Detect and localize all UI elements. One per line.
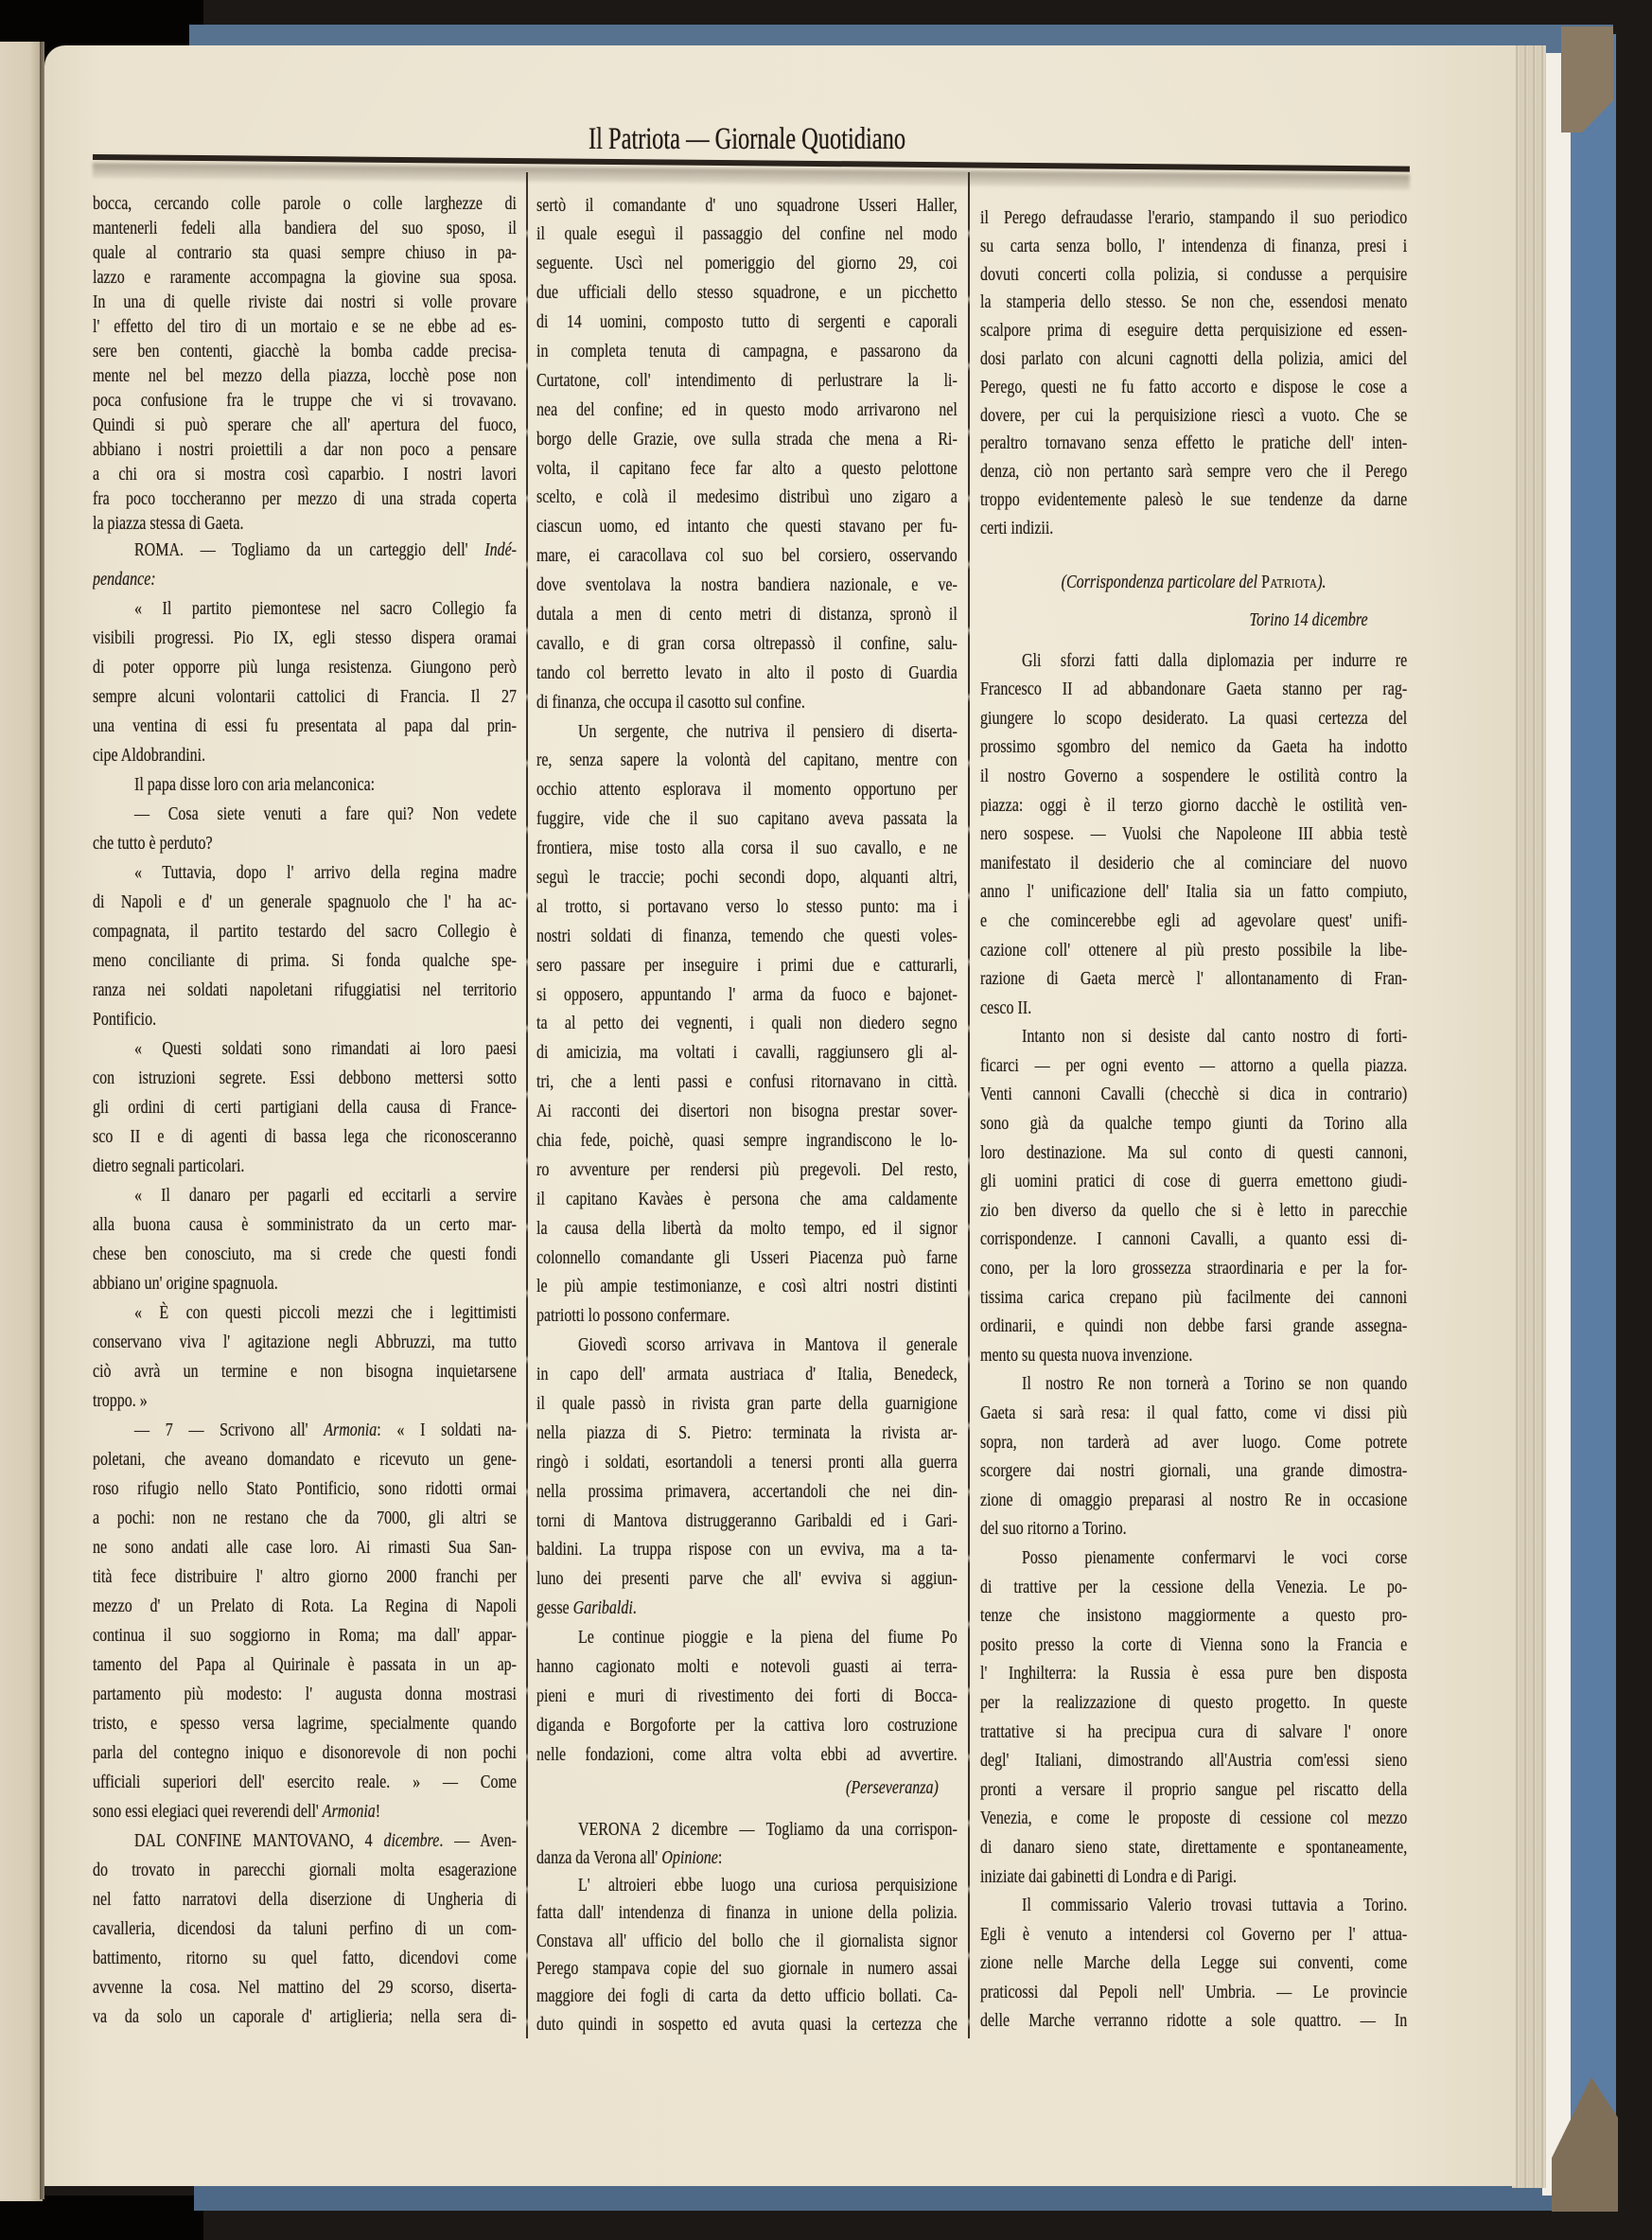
column-divider: [968, 172, 970, 2038]
text-line: nero sospese. — Vuolsi che Napoleone III…: [980, 820, 1407, 849]
text-line: due ufficiali dello stesso squadrone, e …: [536, 278, 958, 308]
text-line: continua il suo soggiorno in Roma; ma da…: [93, 1621, 517, 1650]
text-line: duto quindi in sospetto ed avuta quasi l…: [536, 2011, 958, 2038]
text-line: dietro segnali particolari.: [93, 1152, 517, 1181]
text-line: il capitano Kavàes è persona che ama cal…: [536, 1185, 958, 1214]
text-line: ufficiali superiori dell' esercito reale…: [93, 1768, 517, 1797]
text-line: tenze che insistono maggiormente a quest…: [980, 1601, 1407, 1631]
text-line: patriotti lo possono confermare.: [536, 1301, 958, 1331]
text-segment: :: [718, 1847, 722, 1868]
text-line: zione di omaggio preparasi al nostro Re …: [980, 1486, 1407, 1515]
text-line: bocca, cercando colle parole o colle lar…: [93, 191, 517, 216]
text-line: cavallo, e di gran corsa oltrepassò il c…: [536, 629, 958, 659]
text-line: L' altroieri ebbe luogo una curiosa perq…: [536, 1872, 958, 1899]
text-line: a chi ora si mostra così caparbio. I nos…: [93, 462, 517, 486]
text-line: ficarci — per ogni evento — attorno a qu…: [980, 1051, 1407, 1081]
text-line: iniziate dai gabinetti di Londra e di Pa…: [980, 1862, 1407, 1892]
text-line: corrispondenze. I cannoni Cavalli, a qua…: [980, 1225, 1407, 1254]
text-line: dosi parlato con alcuni cagnotti della p…: [980, 345, 1407, 374]
text-line: Il nostro Re non tornerà a Torino se non…: [980, 1369, 1407, 1399]
text-line: pendance:: [93, 565, 517, 594]
text-line: Giovedì scorso arrivava in Mantova il ge…: [536, 1331, 958, 1360]
text-line: lazzo e raramente accompagna la giovine …: [93, 265, 517, 290]
text-line: In una di quelle riviste dai nostri si v…: [93, 290, 517, 314]
text-line: nelle fondazioni, come altra volta ebbi …: [536, 1740, 958, 1770]
text-line: sono essi elegiaci quei reverendi dell' …: [93, 1797, 517, 1826]
column-1: bocca, cercando colle parole o colle lar…: [93, 191, 517, 2032]
text-line: fra poco toccheranno per mezzo di una st…: [93, 486, 517, 511]
text-line: sempre alcuni volontarii cattolici di Fr…: [93, 682, 517, 712]
text-segment: .: [633, 1597, 637, 1618]
text-line: Pontificio.: [93, 1005, 517, 1034]
text-line: gesse Garibaldi.: [536, 1594, 958, 1623]
text-segment: !: [376, 1801, 380, 1822]
text-line: di amicizia, ma voltati i cavalli, raggi…: [536, 1038, 958, 1067]
text-line: e che comincerebbe egli ad agevolare que…: [980, 907, 1407, 936]
book-cover-edge: [1569, 34, 1616, 2207]
text-line: hanno cagionato molti e notevoli guasti …: [536, 1652, 958, 1682]
text-line: cono, per la loro grossezza straordinari…: [980, 1254, 1407, 1283]
text-line: a pochi: non ne restano che da 7000, gli…: [93, 1504, 517, 1533]
text-line: — 7 — Scrivono all' Armonia: « I soldati…: [93, 1416, 517, 1445]
text-line: poca confusione fra le truppe che vi si …: [93, 388, 517, 413]
text-line: cipe Aldobrandini.: [93, 741, 517, 770]
text-line: Curtatone, coll' intendimento di perlust…: [536, 366, 958, 396]
text-line: ne sono andati alle case loro. Ai rimast…: [93, 1533, 517, 1562]
text-line: una ventina di essi fu presentata al pap…: [93, 712, 517, 741]
text-line: il nostro Governo a sospendere le ostili…: [980, 762, 1407, 791]
text-line: tristo, e spesso versa lagrime, specialm…: [93, 1709, 517, 1738]
text-line: ta al petto dei vegnenti, i quali non di…: [536, 1009, 958, 1038]
text-line: peraltro tornavano senza effetto le prat…: [980, 430, 1407, 458]
text-line: mantenerli fedeli alla bandiera del suo …: [93, 216, 517, 240]
text-line: sero passare per inseguire i primi due e…: [536, 951, 958, 980]
text-line: con istruzioni segrete. Essi debbono met…: [93, 1064, 517, 1093]
text-segment: gesse: [536, 1597, 573, 1618]
text-line: fatta dall' intendenza di finanza in uni…: [536, 1899, 958, 1927]
text-line: sere ben contenti, giacchè la bomba cadd…: [93, 339, 517, 363]
text-line: troppo. »: [93, 1386, 517, 1416]
endpaper-edge: [1542, 53, 1571, 2196]
text-line: trattative si ha precipua cura di salvar…: [980, 1718, 1407, 1747]
italic-segment: ).: [1317, 572, 1326, 592]
text-line: dove sventolava la nostra bandiera nazio…: [536, 571, 958, 600]
text-line: al trotto, si portavano verso lo stesso …: [536, 892, 958, 922]
italic-segment: Armonia: [323, 1801, 376, 1822]
italic-segment: (Corrispondenza particolare del: [1062, 572, 1261, 592]
binding-gutter: [40, 42, 44, 2199]
italic-segment: Armonia: [324, 1420, 377, 1440]
text-line: Il commissario Valerio trovasi tuttavia …: [980, 1891, 1407, 1920]
text-line: degl' Italiani, dimostrando all'Austria …: [980, 1746, 1407, 1775]
text-line: zio ben diverso da quello che si è letto…: [980, 1196, 1407, 1226]
text-line: ranza nei soldati napoletani rifuggiatis…: [93, 976, 517, 1005]
text-line: anno l' unificazione dell' Italia sia un…: [980, 877, 1407, 907]
text-line: dovere, per cui la perquisizione riescì …: [980, 402, 1407, 431]
dateline-heading: VERONA 2 dicembre — Togliamo da una corr…: [536, 1816, 958, 1843]
text-line: su carta senza bollo, l' intendenza di f…: [980, 233, 1407, 261]
text-line: Gaeta si sarà resa: il qual fatto, come …: [980, 1399, 1407, 1428]
italic-segment: Indé-: [484, 539, 517, 560]
text-line: Gli sforzi fatti dalla diplomazia per in…: [980, 646, 1407, 676]
text-line: di finanza, che occupa il casotto sul co…: [536, 688, 958, 717]
text-line: sertò il comandante d' uno squadrone Uss…: [536, 191, 958, 220]
text-line: Venezia, e come le proposte di cessione …: [980, 1804, 1407, 1833]
text-segment: — 7 — Scrivono all': [134, 1420, 324, 1440]
italic-segment: pendance:: [93, 569, 156, 590]
column-3: il Perego defraudasse l'erario, stampand…: [980, 204, 1407, 2036]
text-line: visibili progressi. Pio IX, egli stesso …: [93, 624, 517, 653]
text-line: pronti a versare il proprio sangue pel r…: [980, 1775, 1407, 1805]
text-line: l' effetto del tiro di un mortaio e se n…: [93, 314, 517, 339]
text-line: nostri soldati di finanza, temendo che q…: [536, 922, 958, 951]
text-line: loro destinazione. Ma sul conto di quest…: [980, 1138, 1407, 1168]
text-line: Il papa disse loro con aria melanconica:: [93, 770, 517, 800]
text-line: borgo delle Grazie, ove sulla strada che…: [536, 425, 958, 454]
text-line: di Napoli e d' un generale spagnuolo che…: [93, 888, 517, 917]
text-line: compagnata, il partito testardo del sacr…: [93, 917, 517, 946]
text-line: seguente. Uscì nel pomeriggio del giorno…: [536, 249, 958, 278]
text-line: parla del contegno iniquo e disonorevole…: [93, 1738, 517, 1768]
running-head-title: Il Patriota — Giornale Quotidiano: [589, 124, 905, 155]
text-segment: sono essi elegiaci quei reverendi dell': [93, 1801, 323, 1822]
column-2: sertò il comandante d' uno squadrone Uss…: [536, 191, 958, 2038]
text-line: scorgere dai nostri giornali, una grande…: [980, 1456, 1407, 1486]
scan-background: [0, 2196, 203, 2240]
italic-segment: Opinione: [661, 1847, 718, 1868]
text-line: manifestato il desiderio che al comincia…: [980, 849, 1407, 878]
correspondence-heading: (Corrispondenza particolare del Patriota…: [980, 568, 1407, 597]
text-line: certi indizii.: [980, 515, 1407, 543]
text-line: la piazza stessa di Gaeta.: [93, 511, 517, 536]
text-line: in capo dell' armata austriaca d' Italia…: [536, 1360, 958, 1389]
text-segment: . — Aven-: [439, 1830, 517, 1851]
text-line: Posso pienamente confermarvi le voci cor…: [980, 1543, 1407, 1573]
text-line: battimento, ritorno su quel fatto, dicen…: [93, 1944, 517, 1973]
text-line: Francesco II ad abbandonare Gaeta stanno…: [980, 675, 1407, 704]
page-stack-edge: [1512, 45, 1546, 2188]
text-line: Quindi si può sperare che all' apertura …: [93, 413, 517, 437]
text-line: dovuti concerti colla polizia, si condus…: [980, 261, 1407, 290]
text-line: luno dei presenti parve che all' evviva …: [536, 1564, 958, 1594]
text-line: del suo ritorno a Torino.: [980, 1514, 1407, 1543]
text-line: tando col berretto levato in alto il pos…: [536, 659, 958, 688]
text-line: chia fede, poichè, quasi sempre ingrandi…: [536, 1126, 958, 1155]
text-line: poletani, che aveano domandato e ricevut…: [93, 1445, 517, 1474]
text-line: avvenne la cosa. Nel mattino del 29 scor…: [93, 1973, 517, 2002]
text-line: ordinarii, e quindi non debbe farsi gran…: [980, 1312, 1407, 1341]
text-line: il Perego defraudasse l'erario, stampand…: [980, 204, 1407, 233]
text-line: ringò i soldati, esortandoli a tenersi p…: [536, 1448, 958, 1477]
text-segment: DAL CONFINE MANTOVANO, 4: [134, 1830, 383, 1851]
text-line: per la realizzazione di questo progetto.…: [980, 1688, 1407, 1718]
text-line: volta, il capitano fece far alto a quest…: [536, 454, 958, 484]
text-line: piazza: oggi è il terzo giorno dacchè le…: [980, 791, 1407, 820]
text-line: quale al contrario sta quasi sempre chiu…: [93, 240, 517, 265]
text-line: mente nel bel mezzo della piazza, locchè…: [93, 363, 517, 388]
text-line: giungere lo scopo desiderato. La quasi c…: [980, 704, 1407, 733]
text-line: diganda e Borgoforte per la cattiva loro…: [536, 1711, 958, 1740]
text-line: cavalleria, dicendosi da taluni perfino …: [93, 1914, 517, 1944]
text-line: zione nelle Marche della Legge sui conve…: [980, 1949, 1407, 1978]
text-line: Constava all' ufficio del bollo che il g…: [536, 1928, 958, 1955]
text-line: tamento del Papa al Quirinale è passata …: [93, 1650, 517, 1680]
dateline-heading: DAL CONFINE MANTOVANO, 4 dicembre. — Ave…: [93, 1826, 517, 1856]
text-line: ciascun uomo, ed intanto che questi stav…: [536, 512, 958, 541]
text-line: « Tuttavia, dopo l' arrivo della regina …: [93, 858, 517, 888]
dateline-heading: ROMA. — Togliamo da un carteggio dell' I…: [93, 536, 517, 565]
text-line: colonnello comandante gli Usseri Piacenz…: [536, 1243, 958, 1273]
text-line: praticossi dal Pepoli nell' Umbria. — Le…: [980, 1978, 1407, 2007]
text-segment: ROMA. — Togliamo da un carteggio dell': [134, 539, 484, 560]
text-line: cesco II.: [980, 994, 1407, 1023]
text-line: alla buona causa è somministrato da un c…: [93, 1210, 517, 1240]
text-line: fuggire, vide che il suo capitano aveva …: [536, 804, 958, 834]
text-line: occhio attento esplorava il momento oppo…: [536, 775, 958, 804]
column-divider: [526, 172, 528, 2038]
previous-page-edge: [0, 42, 43, 2201]
text-line: le più ampie testimonianze, e così altri…: [536, 1272, 958, 1301]
text-line: seguì le traccie; pochi secondi dopo, al…: [536, 863, 958, 892]
text-line: si opposero, appuntando l' arma da fuoco…: [536, 980, 958, 1010]
text-segment: danza da Verona all': [536, 1847, 661, 1868]
italic-segment: dicembre: [383, 1830, 439, 1851]
text-line: frontiera, mise tosto alla corsa il suo …: [536, 834, 958, 863]
text-line: il quale eseguì il passaggio del confine…: [536, 220, 958, 249]
text-line: sopra, non tarderà ad aver luogo. Come p…: [980, 1428, 1407, 1457]
text-line: tissima carica crepano più facilmente de…: [980, 1283, 1407, 1313]
text-line: tri, che a lenti passi e confusi ritorna…: [536, 1067, 958, 1097]
italic-segment: Torino 14 dicembre: [1250, 609, 1368, 630]
text-line: abbiano i nostri proiettili a dar non po…: [93, 437, 517, 462]
text-line: l' Inghilterra: la Russia è essa pure be…: [980, 1659, 1407, 1688]
text-line: nel fatto narratovi della diserzione di …: [93, 1885, 517, 1914]
text-line: baldini. La truppa rispose con un evviva…: [536, 1535, 958, 1564]
text-line: delle Marche verranno ridotte a sole qua…: [980, 2006, 1407, 2036]
text-line: Un sergente, che nutriva il pensiero di …: [536, 717, 958, 747]
italic-segment: Garibaldi: [573, 1597, 633, 1618]
text-line: gli uomini pratici di cose di guerra eme…: [980, 1167, 1407, 1196]
text-line: prossimo sgombro del nemico da Gaeta ha …: [980, 732, 1407, 762]
text-line: la stamperia dello stesso. Se non che, e…: [980, 289, 1407, 317]
text-line: posito presso la corte di Vienna sono la…: [980, 1631, 1407, 1660]
text-line: di poter opporre più lunga resistenza. G…: [93, 653, 517, 682]
text-line: pieni e muri di rivestimento dei forti d…: [536, 1682, 958, 1711]
text-line: « Il partito piemontese nel sacro Colleg…: [93, 594, 517, 624]
text-line: nea del confine; ed in questo modo arriv…: [536, 396, 958, 425]
text-line: « Questi soldati sono rimandati ai loro …: [93, 1034, 517, 1064]
text-line: in completa tenuta di campagna, e passar…: [536, 337, 958, 366]
text-line: « È con questi piccoli mezzi che i legit…: [93, 1298, 517, 1328]
text-line: denza, ciò non pertanto sarà sempre vero…: [980, 458, 1407, 486]
text-line: Le continue pioggie e la piena del fiume…: [536, 1623, 958, 1652]
text-line: la causa della libertà da molto tempo, e…: [536, 1214, 958, 1243]
text-line: Perego, questi ne fu fatto accorto e dis…: [980, 374, 1407, 402]
text-line: re, senza sapere la volontà del capitano…: [536, 746, 958, 775]
text-line: scalpore prima di eseguire detta perquis…: [980, 317, 1407, 345]
text-line: dutala a men di cento metri di distanza,…: [536, 600, 958, 629]
text-line: troppo evidentemente palesò le sue tende…: [980, 486, 1407, 515]
text-line: conservano viva l' agitazione negli Abbr…: [93, 1328, 517, 1357]
text-line: scelto, e colà il medesimo distribuì uno…: [536, 483, 958, 512]
dateline: Torino 14 dicembre: [980, 606, 1407, 635]
text-line: roso rifugio nello Stato Pontificio, son…: [93, 1474, 517, 1504]
small-caps-segment: Patriota: [1261, 572, 1317, 592]
text-line: abbiano un' origine spagnuola.: [93, 1269, 517, 1298]
text-line: torni di Mantova distruggeranno Garibald…: [536, 1507, 958, 1536]
text-line: Intanto non si desiste dal canto nostro …: [980, 1022, 1407, 1051]
text-line: — Cosa siete venuti a fare qui? Non vede…: [93, 800, 517, 829]
text-line: meno conciliante di prima. Si fonda qual…: [93, 946, 517, 976]
text-line: nella prossima primavera, accertandoli c…: [536, 1477, 958, 1507]
text-line: ro avventure per rendersi più pregevoli.…: [536, 1155, 958, 1185]
text-line: ciò avrà un termine e non bisogna inquie…: [93, 1357, 517, 1386]
text-line: mento su questa nuova invenzione.: [980, 1341, 1407, 1370]
text-line: tità fece distribuire l' altro giorno 20…: [93, 1562, 517, 1592]
text-line: Ai racconti dei disertori non bisogna pr…: [536, 1097, 958, 1126]
italic-segment: (Perseveranza): [846, 1777, 939, 1798]
text-segment: : « I soldati na-: [377, 1420, 517, 1440]
text-line: partamento più modesto: l' augusta donna…: [93, 1680, 517, 1709]
text-line: va da solo un caporale d' artiglieria; n…: [93, 2002, 517, 2032]
text-line: razione di Gaeta mercè l' allontanamento…: [980, 964, 1407, 994]
text-line: di 14 uomini, composto tutto di sergenti…: [536, 308, 958, 337]
text-line: gli ordini di certi partigiani della cau…: [93, 1093, 517, 1122]
text-line: cazione coll' ottenere al più presto pos…: [980, 936, 1407, 965]
text-line: Egli è venuto a intendersi col Governo p…: [980, 1920, 1407, 1949]
text-line: mezzo d' un Prelato di Rota. La Regina d…: [93, 1592, 517, 1621]
text-line: che tutto è perduto?: [93, 829, 517, 858]
text-line: do trovato in parecchi giornali molta es…: [93, 1856, 517, 1885]
text-line: sono già da qualche tempo giunti da Tori…: [980, 1109, 1407, 1138]
text-line: « Il danaro per pagarli ed eccitarli a s…: [93, 1181, 517, 1210]
text-line: Venti cannoni Cavalli (checchè si dica i…: [980, 1080, 1407, 1109]
text-line: Perego stampava copie del suo giornale i…: [536, 1955, 958, 1983]
text-line: il quale passò in rivista gran parte del…: [536, 1389, 958, 1419]
text-line: chese ben conosciuto, ma si crede che qu…: [93, 1240, 517, 1269]
text-line: mare, ei caracollava col suo bel corsier…: [536, 541, 958, 571]
source-attribution: (Perseveranza): [536, 1773, 958, 1803]
text-line: danza da Verona all' Opinione:: [536, 1844, 958, 1872]
text-line: di trattive per la cessione della Venezi…: [980, 1573, 1407, 1602]
text-line: nella piazza di S. Pietro: terminata la …: [536, 1419, 958, 1448]
text-line: maggiore dei fogli di carta da detto uff…: [536, 1983, 958, 2010]
text-line: sco II e di agenti di bassa lega che ric…: [93, 1122, 517, 1152]
text-line: di danaro sieno state, direttamente e sp…: [980, 1833, 1407, 1862]
